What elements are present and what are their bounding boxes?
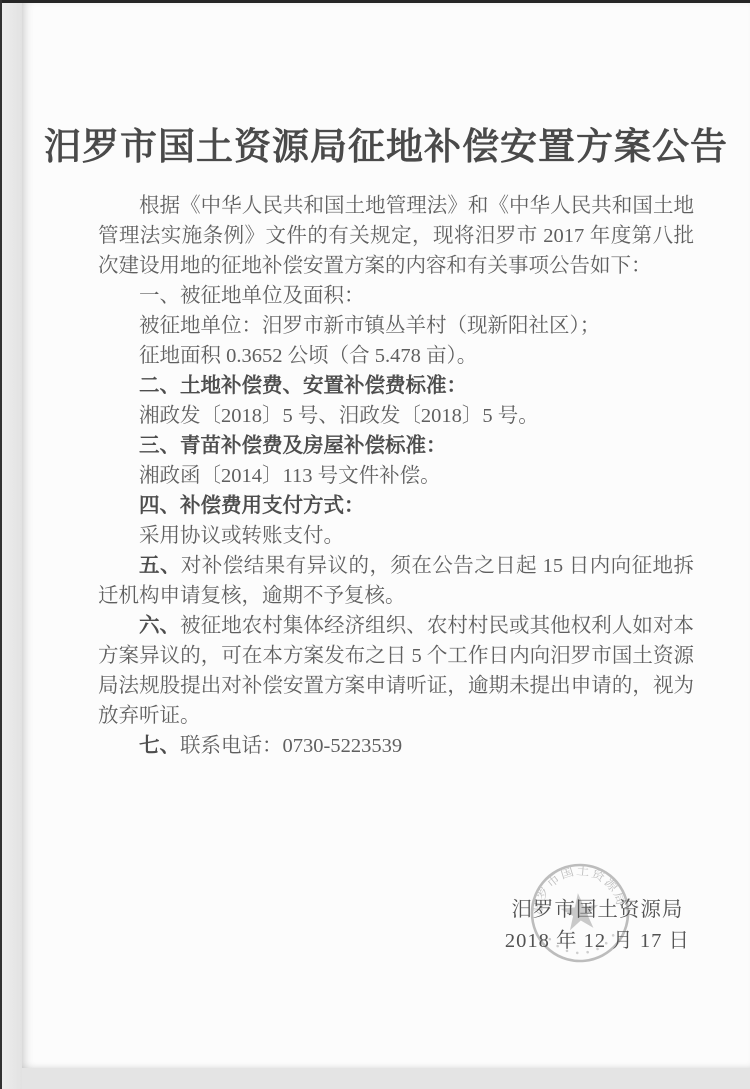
section-5-text: 对补偿结果有异议的，须在公告之日起 15 日内向征地拆迁机构申请复核，逾期不予复… xyxy=(98,555,694,607)
signature-block: 汨罗市国土资源局 2018 年 12 月 17 日 xyxy=(505,895,690,957)
document-body: 根据《中华人民共和国土地管理法》和《中华人民共和国土地管理法实施条例》文件的有关… xyxy=(98,191,694,761)
signature-date: 2018 年 12 月 17 日 xyxy=(505,926,690,957)
section-5-marker: 五、 xyxy=(139,554,181,577)
section-1-heading: 一、被征地单位及面积： xyxy=(98,281,694,311)
scanner-margin-left xyxy=(2,3,22,1089)
section-4-line-payment: 采用协议或转账支付。 xyxy=(98,521,694,551)
section-6-marker: 六、 xyxy=(139,614,180,637)
paragraph-intro: 根据《中华人民共和国土地管理法》和《中华人民共和国土地管理法实施条例》文件的有关… xyxy=(98,191,694,281)
document-page: 汨罗市国土资源局征地补偿安置方案公告 根据《中华人民共和国土地管理法》和《中华人… xyxy=(22,3,750,1068)
section-3-line-standard: 湘政函〔2014〕113 号文件补偿。 xyxy=(98,461,694,491)
section-1-line-unit: 被征地单位：汨罗市新市镇丛羊村（现新阳社区）； xyxy=(98,311,694,341)
section-4-heading: 四、补偿费用支付方式： xyxy=(98,491,694,521)
section-5-paragraph: 五、对补偿结果有异议的，须在公告之日起 15 日内向征地拆迁机构申请复核，逾期不… xyxy=(98,551,694,611)
section-7-marker: 七、 xyxy=(139,734,180,757)
section-7-paragraph: 七、联系电话：0730-5223539 xyxy=(98,731,694,761)
section-6-paragraph: 六、被征地农村集体经济组织、农村村民或其他权利人如对本方案异议的，可在本方案发布… xyxy=(98,611,694,731)
document-title: 汨罗市国土资源局征地补偿安置方案公告 xyxy=(22,116,750,170)
section-1-line-area: 征地面积 0.3652 公顷（合 5.478 亩）。 xyxy=(98,341,694,371)
section-2-heading: 二、土地补偿费、安置补偿费标准： xyxy=(98,371,694,401)
signature-organization: 汨罗市国土资源局 xyxy=(505,895,690,926)
section-6-text: 被征地农村集体经济组织、农村村民或其他权利人如对本方案异议的，可在本方案发布之日… xyxy=(98,615,694,727)
section-2-line-standard: 湘政发〔2018〕5 号、汨政发〔2018〕5 号。 xyxy=(98,401,694,431)
contact-phone-text: 联系电话：0730-5223539 xyxy=(180,735,402,757)
section-3-heading: 三、青苗补偿费及房屋补偿标准： xyxy=(98,431,694,461)
